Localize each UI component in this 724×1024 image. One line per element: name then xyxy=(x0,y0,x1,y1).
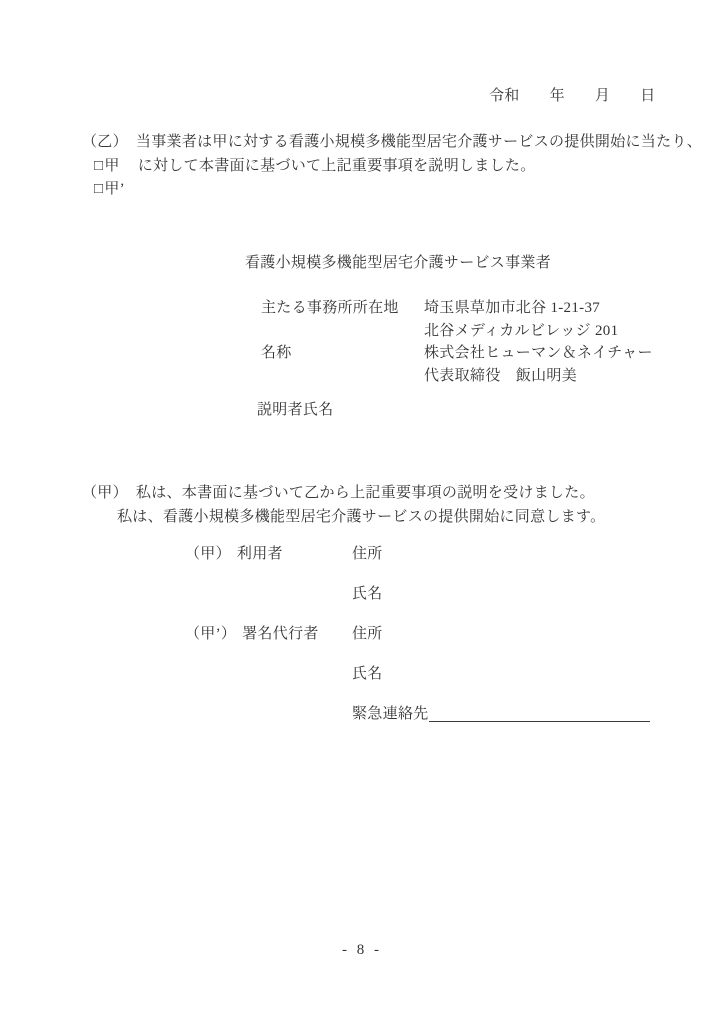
office-address-label: 主たる事務所所在地 xyxy=(261,299,399,318)
company-name-label: 名称 xyxy=(261,344,292,363)
date-era-label: 令和 xyxy=(489,87,520,106)
kou-marker: （甲） xyxy=(82,484,128,503)
otsu-marker: （乙） xyxy=(82,133,128,152)
date-day-label: 日 xyxy=(640,87,655,106)
kou-clause-text1: 私は、本書面に基づいて乙から上記重要事項の説明を受けました。 xyxy=(136,484,595,503)
emergency-contact-row: 緊急連絡先 xyxy=(352,705,650,724)
user-name-label: 氏名 xyxy=(352,585,383,604)
user-signer-row: （甲） 利用者 xyxy=(185,545,283,564)
explainer-name-label: 説明者氏名 xyxy=(257,401,334,420)
kou-dash-checkbox[interactable]: □ xyxy=(94,180,103,199)
date-line: 令和 年 月 日 xyxy=(489,87,656,106)
checkbox-row-kou: □ 甲 に対して本書面に基づいて上記重要事項を説明しました。 xyxy=(94,157,536,176)
otsu-clause-text: 当事業者は甲に対する看護小規模多機能型居宅介護サービスの提供開始に当たり、 xyxy=(136,133,702,152)
page-number: - 8 - xyxy=(0,942,724,959)
kou-clause-text2: 私は、看護小規模多機能型居宅介護サービスの提供開始に同意します。 xyxy=(117,508,605,527)
emergency-contact-label: 緊急連絡先 xyxy=(352,705,429,724)
representative-name: 代表取締役 飯山明美 xyxy=(424,367,577,386)
provider-heading: 看護小規模多機能型居宅介護サービス事業者 xyxy=(245,254,551,273)
date-month-label: 月 xyxy=(595,87,610,106)
otsu-clause-line: （乙） 当事業者は甲に対する看護小規模多機能型居宅介護サービスの提供開始に当たり… xyxy=(82,133,702,152)
user-signer-role: 利用者 xyxy=(237,545,283,564)
user-signer-marker: （甲） xyxy=(185,545,231,564)
proxy-address-label: 住所 xyxy=(352,625,383,644)
company-name: 株式会社ヒューマン＆ネイチャー xyxy=(424,344,653,363)
date-year-label: 年 xyxy=(550,87,565,106)
proxy-signer-marker: （甲’） xyxy=(185,625,236,644)
emergency-contact-blank-field[interactable] xyxy=(429,707,650,722)
office-address-line2: 北谷メディカルビレッジ 201 xyxy=(424,322,618,341)
kou-checkbox-label: 甲 xyxy=(104,157,119,176)
kou-checkbox-statement: に対して本書面に基づいて上記重要事項を説明しました。 xyxy=(138,157,536,176)
proxy-name-label: 氏名 xyxy=(352,665,383,684)
kou-checkbox[interactable]: □ xyxy=(94,157,103,176)
proxy-signer-role: 署名代行者 xyxy=(242,625,319,644)
user-address-label: 住所 xyxy=(352,545,383,564)
document-page: 令和 年 月 日 （乙） 当事業者は甲に対する看護小規模多機能型居宅介護サービス… xyxy=(0,0,724,1024)
proxy-signer-row: （甲’） 署名代行者 xyxy=(185,625,319,644)
kou-dash-checkbox-label: 甲’ xyxy=(104,180,125,199)
kou-clause-line1: （甲） 私は、本書面に基づいて乙から上記重要事項の説明を受けました。 xyxy=(82,484,595,503)
office-address-line1: 埼玉県草加市北谷 1-21-37 xyxy=(424,299,600,318)
checkbox-row-kou-dash: □ 甲’ xyxy=(94,180,125,199)
